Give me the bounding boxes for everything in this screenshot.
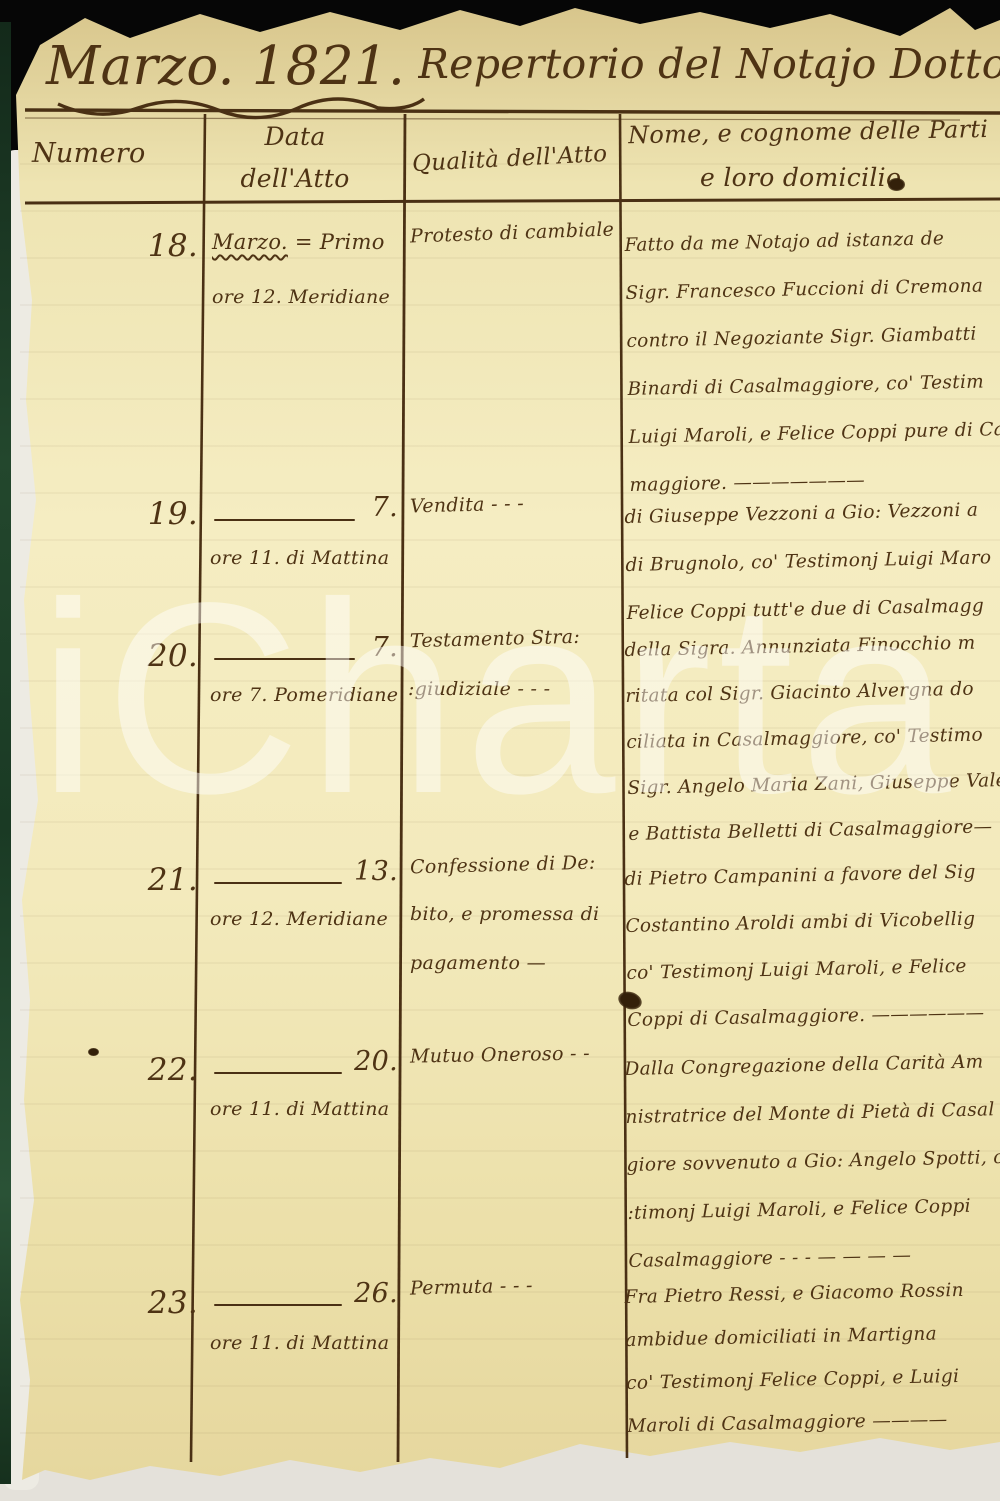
- parti-line: Fra Pietro Ressi, e Giacomo Rossin: [624, 1268, 1000, 1319]
- parti-block: Fatto da me Notajo ad istanza de Sigr. F…: [624, 214, 1000, 510]
- parti-line: di Pietro Campanini a favore del Sig: [624, 848, 1000, 903]
- parti-block: Fra Pietro Ressi, e Giacomo Rossin ambid…: [624, 1268, 1000, 1448]
- row-day: 13.: [280, 856, 398, 887]
- page-title-month: Marzo. 1821.: [46, 36, 405, 97]
- parti-line: ritata col Sigr. Giacinto Alvergna do: [625, 666, 1000, 720]
- row-numero: 21.: [28, 862, 198, 898]
- row-time: ore 11. di Mattina: [210, 1098, 389, 1120]
- row-date-month: Marzo.: [212, 230, 288, 254]
- row-time: ore 12. Meridiane: [210, 908, 388, 930]
- parti-block: di Giuseppe Vezzoni a Gio: Vezzoni a di …: [624, 486, 1000, 638]
- qualita-line: bito, e promessa di: [410, 903, 599, 925]
- parti-line: Coppi di Casalmaggiore. ——————: [627, 989, 1000, 1044]
- row-numero: 20.: [28, 638, 198, 674]
- ink-blot: [888, 178, 905, 191]
- parti-line: ciliata in Casalmaggiore, co' Testimo: [626, 712, 1000, 766]
- parti-block: della Sigra. Annunziata Finocchio m rita…: [624, 620, 1000, 858]
- parti-line: Binardi di Casalmaggiore, co' Testim: [627, 358, 1000, 414]
- parti-line: Sigr. Angelo Maria Zani, Giuseppe Vale: [627, 758, 1000, 812]
- parti-line: Costantino Aroldi ambi di Vicobellig: [625, 895, 1000, 950]
- qualita-line: Testamento Stra:: [410, 626, 581, 652]
- parti-line: della Sigra. Annunziata Finocchio m: [624, 620, 1000, 674]
- parti-block: di Pietro Campanini a favore del Sig Cos…: [624, 848, 1000, 1044]
- row-time: ore 12. Meridiane: [212, 286, 390, 308]
- parti-line: nistratrice del Monte di Pietà di Casal: [625, 1086, 1000, 1142]
- page-title-register: Repertorio del Notajo Dottore: [418, 40, 1000, 88]
- qualita-line: Permuta - - -: [410, 1274, 533, 1299]
- parti-line: Luigi Maroli, e Felice Coppi pure di Cas…: [628, 406, 1000, 462]
- row-time: ore 11. di Mattina: [210, 547, 389, 569]
- row-date-rest: = Primo: [295, 230, 385, 254]
- ink-blot: [88, 1048, 99, 1056]
- qualita-line: pagamento —: [410, 952, 546, 974]
- row-time: ore 7. Pomeridiane: [210, 684, 398, 706]
- row-day: 7.: [280, 492, 398, 523]
- parti-line: :timonj Luigi Maroli, e Felice Coppi: [627, 1182, 1000, 1238]
- parti-line: contro il Negoziante Sigr. Giambatti: [626, 310, 1000, 366]
- parti-line: co' Testimonj Luigi Maroli, e Felice: [626, 942, 1000, 997]
- parti-line: Dalla Congregazione della Carità Am: [624, 1038, 1000, 1094]
- qualita-line: :giudiziale - - -: [408, 678, 550, 700]
- row-numero: 19.: [28, 496, 198, 532]
- parti-line: Maroli di Casalmaggiore ————: [627, 1397, 1000, 1448]
- row-date: Marzo. = Primo: [212, 230, 385, 254]
- row-day: 7.: [280, 632, 398, 663]
- row-numero: 22.: [28, 1052, 198, 1088]
- parti-line: giore sovvenuto a Gio: Angelo Spotti, co: [626, 1134, 1000, 1190]
- row-numero: 18.: [28, 228, 198, 264]
- parti-line: di Brugnolo, co' Testimonj Luigi Maro: [625, 534, 1000, 590]
- qualita-line: Mutuo Oneroso - -: [410, 1042, 590, 1067]
- scanned-notary-register-page: Marzo. 1821. Repertorio del Notajo Dotto…: [0, 0, 1000, 1501]
- row-time: ore 11. di Mattina: [210, 1332, 389, 1354]
- title-underline-flourish: [58, 99, 424, 118]
- parti-block: Dalla Congregazione della Carità Am nist…: [624, 1038, 1000, 1286]
- parti-line: Fatto da me Notajo ad istanza de: [624, 214, 1000, 270]
- qualita-line: Vendita - - -: [410, 493, 524, 518]
- column-header-data-line2: dell'Atto: [215, 164, 375, 193]
- row-day: 20.: [280, 1046, 398, 1077]
- column-header-parti-line2: e loro domicilio: [700, 163, 901, 192]
- column-header-data-line1: Data: [215, 122, 375, 151]
- row-numero: 23.: [28, 1285, 198, 1321]
- parti-line: di Giuseppe Vezzoni a Gio: Vezzoni a: [624, 486, 1000, 542]
- row-day: 26.: [280, 1278, 398, 1309]
- column-header-numero: Numero: [32, 138, 146, 169]
- parti-line: Sigr. Francesco Fuccioni di Cremona: [625, 262, 1000, 318]
